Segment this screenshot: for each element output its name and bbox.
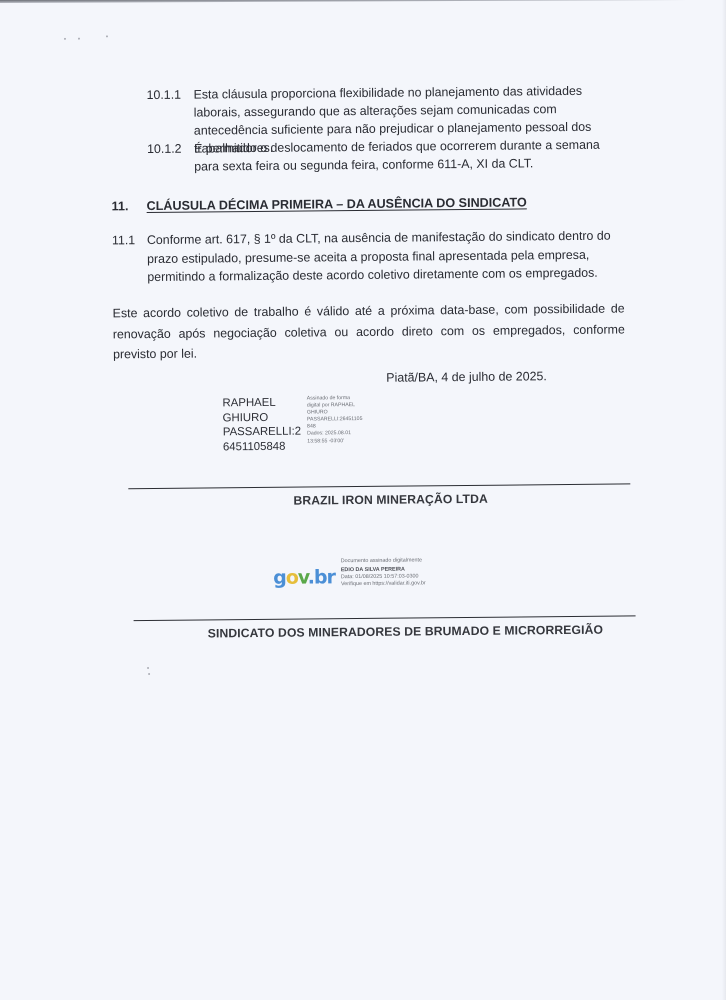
clause-11-1: 11.1 Conforme art. 617, § 1º da CLT, na … xyxy=(112,226,627,286)
signature-line-union xyxy=(134,615,636,621)
scan-speck xyxy=(64,38,66,40)
govbr-signature-stamp[interactable]: gov.br Documento assinado digitalmente E… xyxy=(273,557,426,589)
govbr-logo-o: o xyxy=(286,567,298,589)
signer-name-line: 6451105848 xyxy=(223,439,301,454)
signer-name-line: PASSARELLI:2 xyxy=(223,425,301,440)
clause-10-1-2: 10.1.2 É permitido o deslocamento de fer… xyxy=(147,135,627,176)
document-page: 10.1.1 Esta cláusula proporciona flexibi… xyxy=(0,0,726,1000)
govbr-stamp-title: Documento assinado digitalmente xyxy=(341,557,426,565)
clause-number: 10.1.1 xyxy=(146,86,181,104)
govbr-logo-br: .br xyxy=(308,566,335,588)
clause-text: É permitido o deslocamento de feriados q… xyxy=(194,135,627,175)
clause-number: 10.1.2 xyxy=(147,140,182,158)
signature-meta-line: 13:58:55 -03'00' xyxy=(307,437,377,445)
section-title: CLÁUSULA DÉCIMA PRIMEIRA – DA AUSÊNCIA D… xyxy=(147,195,527,213)
govbr-logo-g: g xyxy=(273,567,286,589)
place-date: Piatã/BA, 4 de julho de 2025. xyxy=(386,369,547,385)
clause-text: Conforme art. 617, § 1º da CLT, na ausên… xyxy=(147,226,627,286)
signer-name-line: GHIURO xyxy=(223,410,301,425)
scan-speck xyxy=(148,673,150,675)
digital-signature-company[interactable]: RAPHAEL GHIURO PASSARELLI:2 6451105848 A… xyxy=(222,395,377,454)
govbr-verify-link[interactable]: Verifique em https://validar.iti.gov.br xyxy=(341,580,426,588)
union-name: SINDICATO DOS MINERADORES DE BRUMADO E M… xyxy=(208,623,603,641)
govbr-logo: gov.br xyxy=(273,566,335,589)
signature-line-company xyxy=(128,483,630,489)
signer-name: RAPHAEL GHIURO PASSARELLI:2 6451105848 xyxy=(222,396,301,455)
company-name: BRAZIL IRON MINERAÇÃO LTDA xyxy=(293,492,488,508)
scan-speck xyxy=(78,38,80,40)
signer-name-line: RAPHAEL xyxy=(222,396,300,411)
closing-paragraph: Este acordo coletivo de trabalho é válid… xyxy=(113,298,626,364)
scan-speck xyxy=(106,35,108,37)
govbr-stamp-text: Documento assinado digitalmente EDIO DA … xyxy=(341,557,426,588)
section-number: 11. xyxy=(112,197,147,215)
scan-speck xyxy=(147,667,149,669)
signature-metadata: Assinado de forma digital por RAPHAEL GH… xyxy=(307,395,378,454)
section-heading-11: 11.CLÁUSULA DÉCIMA PRIMEIRA – DA AUSÊNCI… xyxy=(112,193,527,215)
clause-number: 11.1 xyxy=(112,231,135,250)
govbr-logo-v: v xyxy=(298,567,308,589)
